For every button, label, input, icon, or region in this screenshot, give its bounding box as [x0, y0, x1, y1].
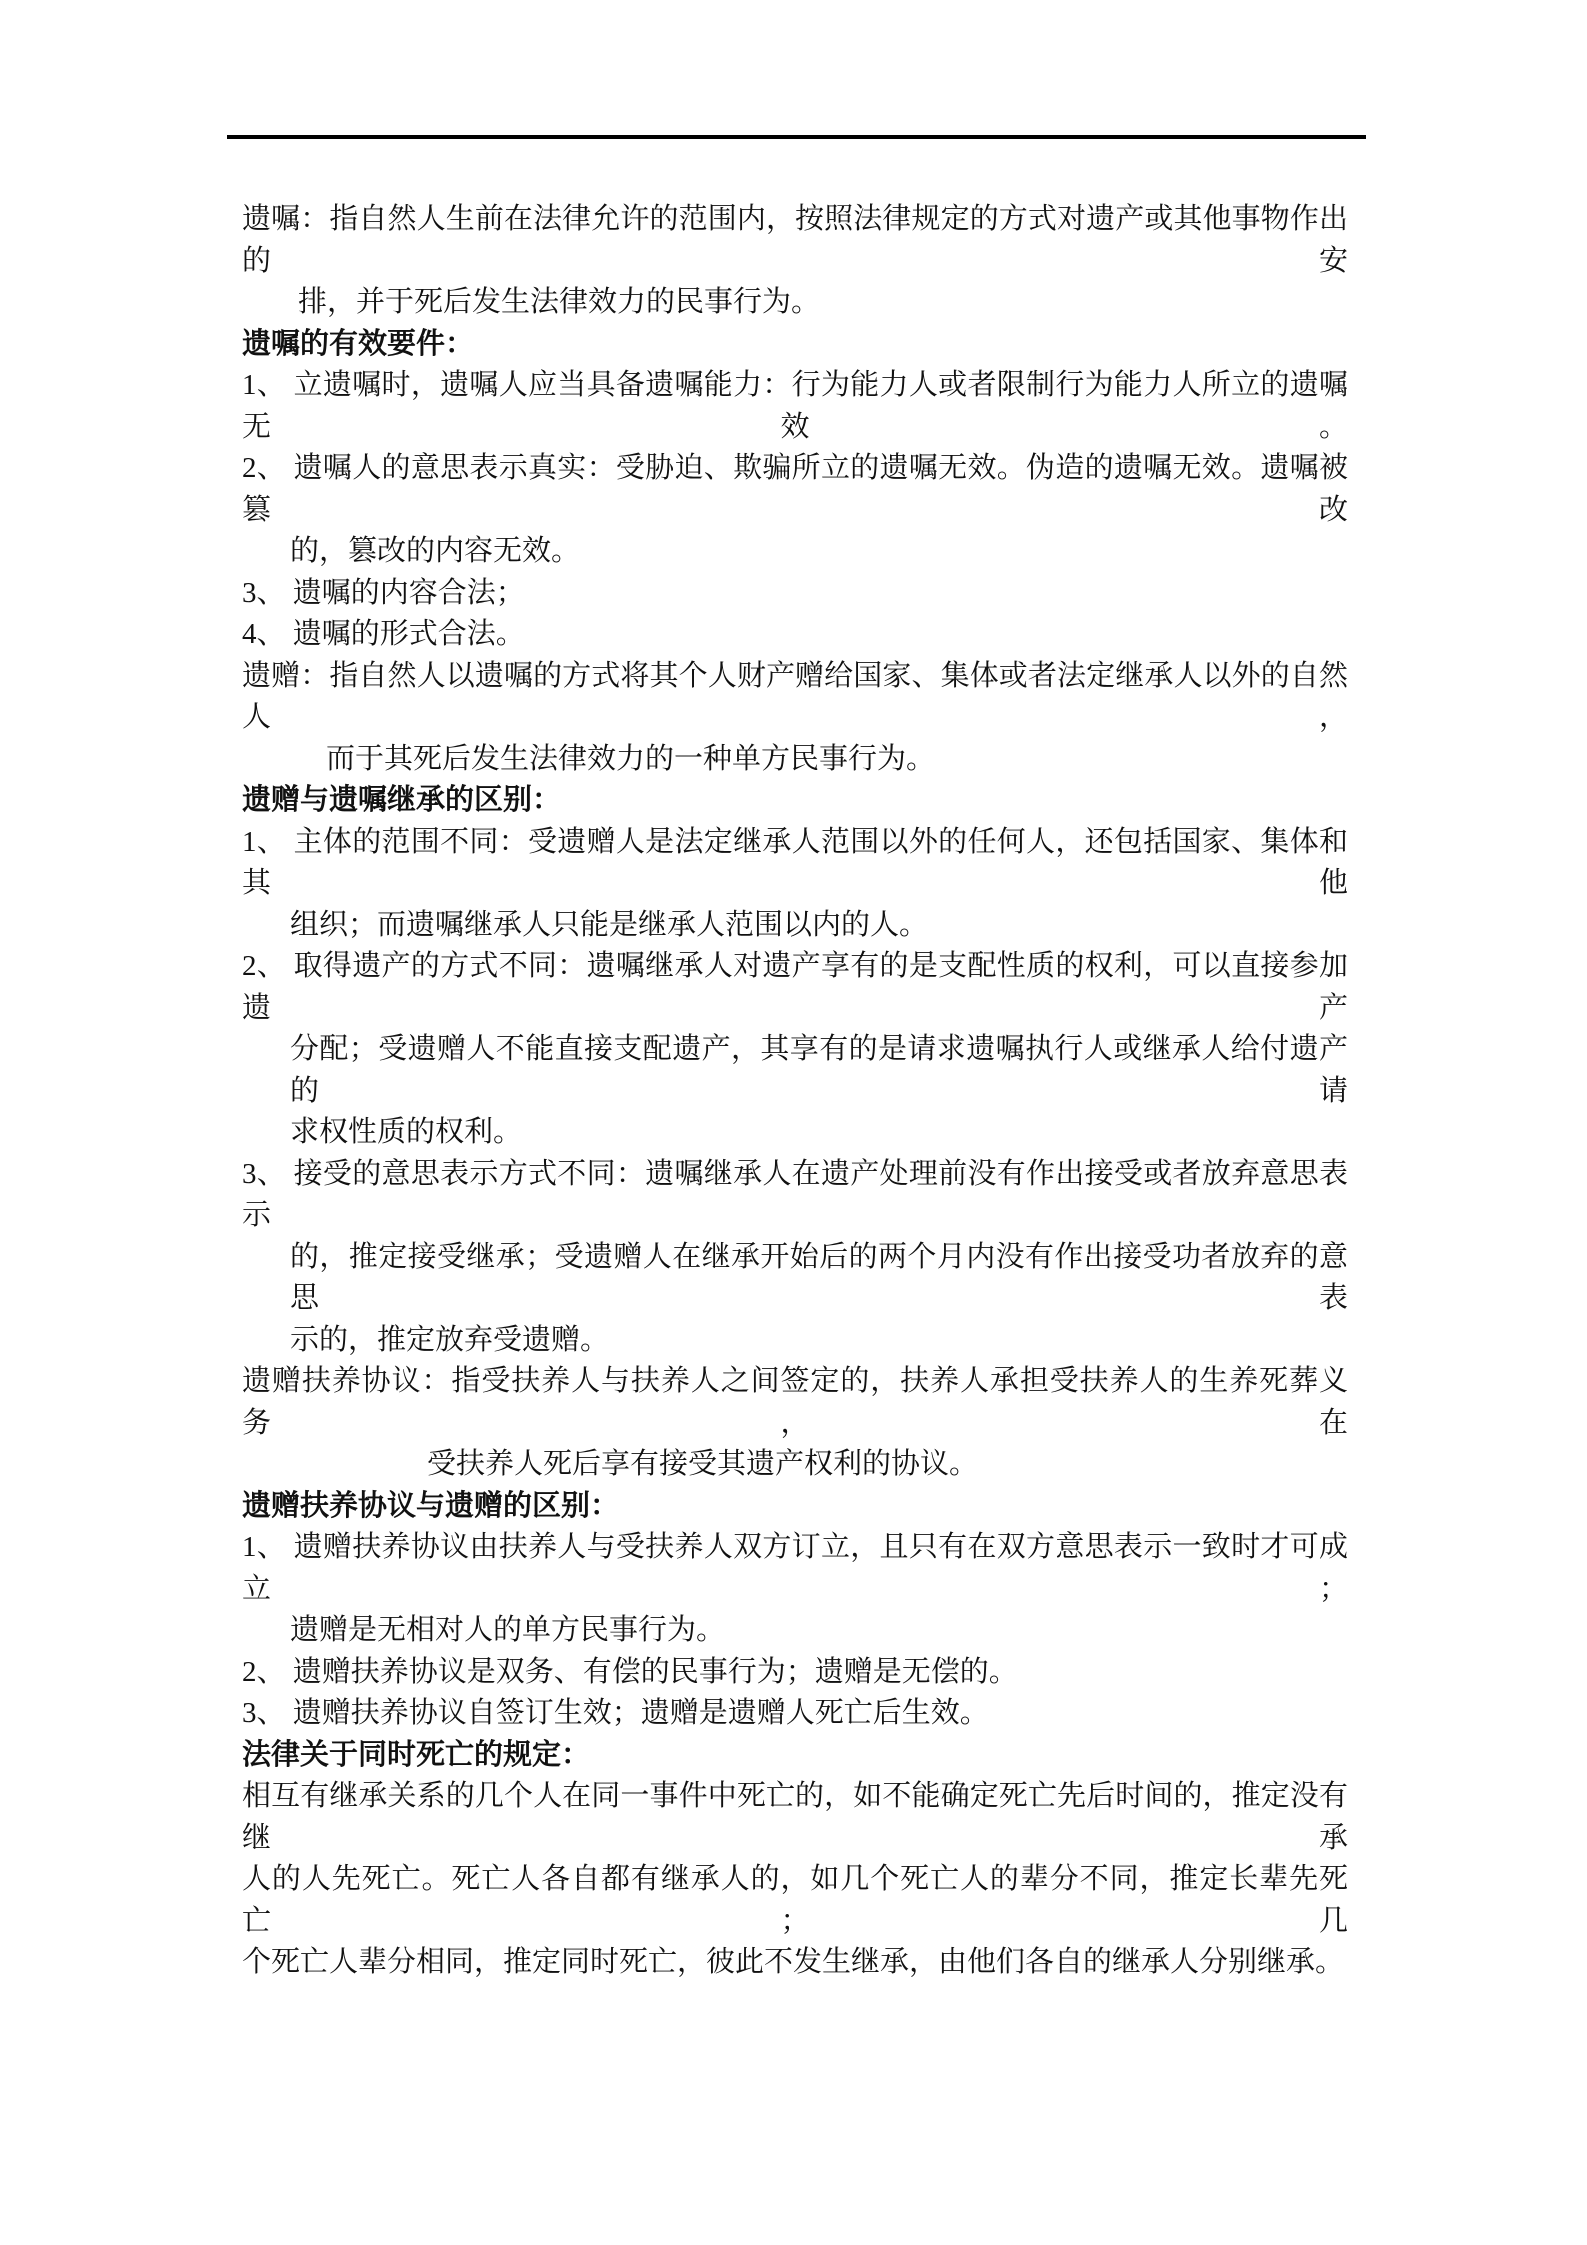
bequest-vs-will-heading: 遗赠与遗嘱继承的区别：	[242, 780, 1348, 822]
text-line: 个死亡人辈分相同，推定同时死亡，彼此不发生继承，由他们各自的继承人分别继承。	[242, 1942, 1348, 1984]
bequest-vs-will-item-1: 1、 主体的范围不同：受遗赠人是法定继承人范围以外的任何人，还包括国家、集体和其…	[242, 822, 1348, 947]
agreement-vs-bequest-item-1: 1、 遗赠扶养协议由扶养人与受扶养人双方订立，且只有在双方意思表示一致时才可成立…	[242, 1527, 1348, 1652]
text-line: 1、 遗赠扶养协议由扶养人与受扶养人双方订立，且只有在双方意思表示一致时才可成立…	[242, 1527, 1348, 1610]
will-validity-item-2: 2、 遗嘱人的意思表示真实：受胁迫、欺骗所立的遗嘱无效。伪造的遗嘱无效。遗嘱被篡…	[242, 448, 1348, 573]
document-body: 遗嘱：指自然人生前在法律允许的范围内，按照法律规定的方式对遗产或其他事物作出的安…	[242, 199, 1348, 1984]
text-line: 的，推定接受继承；受遗赠人在继承开始后的两个月内没有作出接受功者放弃的意思表	[242, 1237, 1348, 1320]
text-line: 2、 遗嘱人的意思表示真实：受胁迫、欺骗所立的遗嘱无效。伪造的遗嘱无效。遗嘱被篡…	[242, 448, 1348, 531]
text-line: 4、 遗嘱的形式合法。	[242, 614, 1348, 656]
text-line: 2、 取得遗产的方式不同：遗嘱继承人对遗产享有的是支配性质的权利，可以直接参加遗…	[242, 946, 1348, 1029]
text-line: 3、 遗嘱的内容合法；	[242, 573, 1348, 615]
will-definition-paragraph: 遗嘱：指自然人生前在法律允许的范围内，按照法律规定的方式对遗产或其他事物作出的安…	[242, 199, 1348, 324]
will-validity-item-3: 3、 遗嘱的内容合法；	[242, 573, 1348, 615]
text-line: 1、 主体的范围不同：受遗赠人是法定继承人范围以外的任何人，还包括国家、集体和其…	[242, 822, 1348, 905]
agreement-vs-bequest-item-3: 3、 遗赠扶养协议自签订生效；遗赠是遗赠人死亡后生效。	[242, 1693, 1348, 1735]
bequest-vs-will-item-2: 2、 取得遗产的方式不同：遗嘱继承人对遗产享有的是支配性质的权利，可以直接参加遗…	[242, 946, 1348, 1154]
text-line: 2、 遗赠扶养协议是双务、有偿的民事行为；遗赠是无偿的。	[242, 1652, 1348, 1694]
text-line: 人的人先死亡。死亡人各自都有继承人的，如几个死亡人的辈分不同，推定长辈先死亡；几	[242, 1859, 1348, 1942]
text-line: 1、 立遗嘱时，遗嘱人应当具备遗嘱能力：行为能力人或者限制行为能力人所立的遗嘱无…	[242, 365, 1348, 448]
agreement-vs-bequest-heading: 遗赠扶养协议与遗赠的区别：	[242, 1486, 1348, 1528]
will-validity-item-4: 4、 遗嘱的形式合法。	[242, 614, 1348, 656]
agreement-vs-bequest-item-2: 2、 遗赠扶养协议是双务、有偿的民事行为；遗赠是无偿的。	[242, 1652, 1348, 1694]
text-line: 而于其死后发生法律效力的一种单方民事行为。	[242, 739, 1348, 781]
text-line: 3、 接受的意思表示方式不同：遗嘱继承人在遗产处理前没有作出接受或者放弃意思表示	[242, 1154, 1348, 1237]
section-heading: 遗赠扶养协议与遗赠的区别：	[242, 1486, 1348, 1528]
text-line: 的，篡改的内容无效。	[242, 531, 1348, 573]
text-line: 排，并于死后发生法律效力的民事行为。	[242, 282, 1348, 324]
bequest-definition-paragraph: 遗赠：指自然人以遗嘱的方式将其个人财产赠给国家、集体或者法定继承人以外的自然人，…	[242, 656, 1348, 781]
section-heading: 遗嘱的有效要件：	[242, 324, 1348, 366]
simultaneous-death-paragraph: 相互有继承关系的几个人在同一事件中死亡的，如不能确定死亡先后时间的，推定没有继承…	[242, 1776, 1348, 1984]
header-rule	[227, 135, 1366, 139]
will-validity-heading: 遗嘱的有效要件：	[242, 324, 1348, 366]
will-validity-item-1: 1、 立遗嘱时，遗嘱人应当具备遗嘱能力：行为能力人或者限制行为能力人所立的遗嘱无…	[242, 365, 1348, 448]
text-line: 遗嘱：指自然人生前在法律允许的范围内，按照法律规定的方式对遗产或其他事物作出的安	[242, 199, 1348, 282]
text-line: 相互有继承关系的几个人在同一事件中死亡的，如不能确定死亡先后时间的，推定没有继承	[242, 1776, 1348, 1859]
text-line: 组织；而遗嘱继承人只能是继承人范围以内的人。	[242, 905, 1348, 947]
text-line: 受扶养人死后享有接受其遗产权利的协议。	[242, 1444, 1348, 1486]
section-heading: 遗赠与遗嘱继承的区别：	[242, 780, 1348, 822]
text-line: 示的，推定放弃受遗赠。	[242, 1320, 1348, 1362]
support-agreement-definition-paragraph: 遗赠扶养协议：指受扶养人与扶养人之间签定的，扶养人承担受扶养人的生养死葬义务，在…	[242, 1361, 1348, 1486]
text-line: 分配；受遗赠人不能直接支配遗产，其享有的是请求遗嘱执行人或继承人给付遗产的请	[242, 1029, 1348, 1112]
text-line: 求权性质的权利。	[242, 1112, 1348, 1154]
bequest-vs-will-item-3: 3、 接受的意思表示方式不同：遗嘱继承人在遗产处理前没有作出接受或者放弃意思表示…	[242, 1154, 1348, 1362]
section-heading: 法律关于同时死亡的规定：	[242, 1735, 1348, 1777]
simultaneous-death-heading: 法律关于同时死亡的规定：	[242, 1735, 1348, 1777]
text-line: 3、 遗赠扶养协议自签订生效；遗赠是遗赠人死亡后生效。	[242, 1693, 1348, 1735]
document-page: 遗嘱：指自然人生前在法律允许的范围内，按照法律规定的方式对遗产或其他事物作出的安…	[0, 0, 1587, 2245]
text-line: 遗赠是无相对人的单方民事行为。	[242, 1610, 1348, 1652]
text-line: 遗赠：指自然人以遗嘱的方式将其个人财产赠给国家、集体或者法定继承人以外的自然人，	[242, 656, 1348, 739]
text-line: 遗赠扶养协议：指受扶养人与扶养人之间签定的，扶养人承担受扶养人的生养死葬义务，在	[242, 1361, 1348, 1444]
